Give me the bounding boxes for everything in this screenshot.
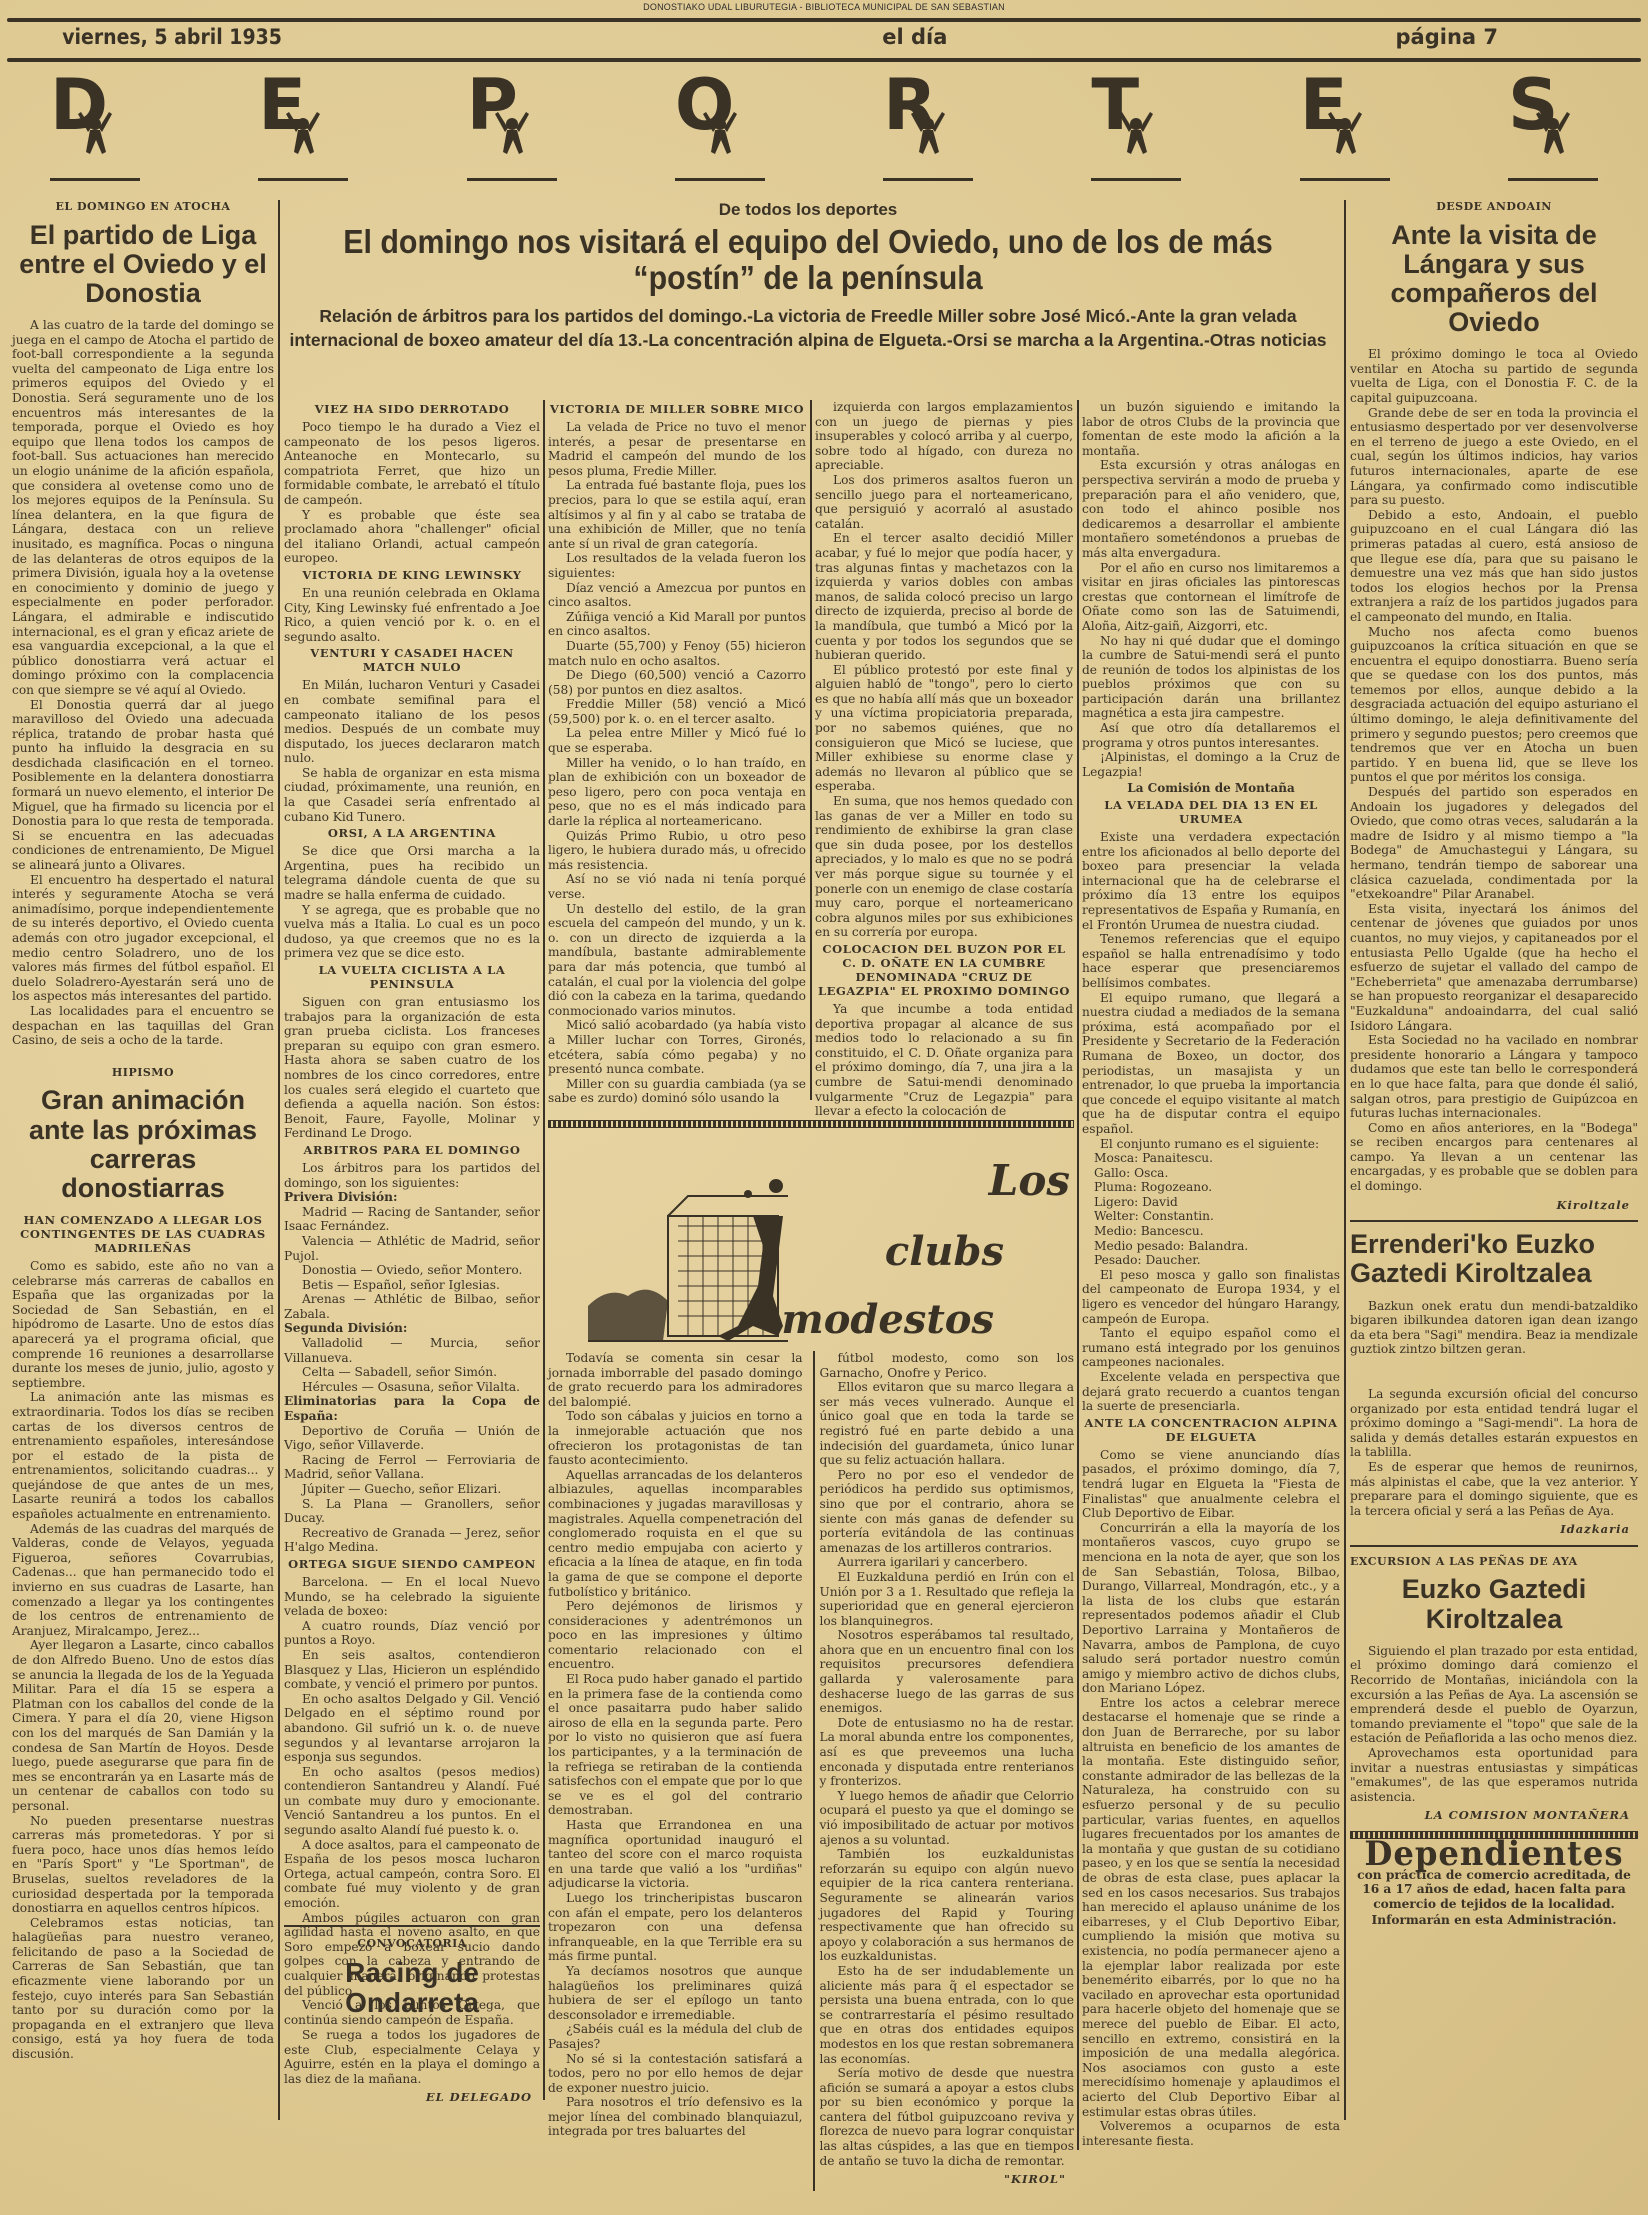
center-deck: Relación de árbitros para los partidos d… — [278, 304, 1338, 352]
convocatoria-kicker: CONVOCATORIA — [284, 1937, 540, 1952]
paragraph: S. La Plana — Granollers, señor Ducay. — [284, 1497, 540, 1526]
paragraph: Hércules — Osasuna, señor Vilalta. — [284, 1380, 540, 1395]
paragraph: Duarte (55,700) y Fenoy (55) hicieron ma… — [548, 639, 806, 668]
paragraph: De Diego (60,500) venció a Cazorro (58) … — [548, 668, 806, 697]
paragraph: Como en años anteriores, en la "Bodega" … — [1350, 1121, 1638, 1194]
right-kicker: DESDE ANDOAIN — [1350, 200, 1638, 215]
paragraph: Nosotros esperábamos tal resultado, ahor… — [820, 1628, 1075, 1716]
paragraph: Para nosotros el trío defensivo es la me… — [548, 2095, 803, 2139]
paragraph: Así que otro día detallaremos el program… — [1082, 721, 1340, 750]
paragraph: Díaz venció a Amezcua por puntos en cinc… — [548, 581, 806, 610]
left-column: EL DOMINGO EN ATOCHA El partido de Liga … — [12, 200, 274, 2062]
paragraph: Los resultados de la velada fueron los s… — [548, 551, 806, 580]
wavy-rule — [548, 1120, 1074, 1128]
paragraph: Celta — Sabadell, señor Simón. — [284, 1365, 540, 1380]
column-divider — [1344, 200, 1346, 2120]
section-subhead: VICTORIA DE MILLER SOBRE MICO — [548, 402, 806, 416]
paragraph: En ocho asaltos (pesos medios) contendie… — [284, 1765, 540, 1838]
paragraph: Luego los trincheripistas buscaron con a… — [548, 1891, 803, 1964]
paragraph: Esta excursión y otras análogas en persp… — [1082, 458, 1340, 560]
paragraph: izquierda con largos emplazamientos con … — [815, 400, 1073, 473]
paragraph: El público protestó por este final y alg… — [815, 663, 1073, 794]
paragraph: La pelea entre Miller y Micó fué lo que … — [548, 726, 806, 755]
paragraph: Barcelona. — En el local Nuevo Mundo, se… — [284, 1575, 540, 1619]
paragraph: Siguiendo el plan trazado por esta entid… — [1350, 1644, 1638, 1746]
section-subhead: VICTORIA DE KING LEWINSKY — [284, 568, 540, 582]
left-kicker: EL DOMINGO EN ATOCHA — [12, 200, 274, 215]
column-divider — [543, 400, 545, 2100]
paragraph: Júpiter — Guecho, señor Elizari. — [284, 1482, 540, 1497]
paragraph: Existe una verdadera expectación entre l… — [1082, 830, 1340, 932]
paragraph: Se dice que Orsi marcha a la Argentina, … — [284, 844, 540, 902]
paragraph: un buzón siguiendo e imitando la labor d… — [1082, 400, 1340, 458]
left-headline: El partido de Liga entre el Oviedo y el … — [12, 221, 274, 308]
center-headline: El domingo nos visitará el equipo del Ov… — [320, 224, 1295, 296]
paragraph: Pero dejémonos de lirismos y consideraci… — [548, 1599, 803, 1672]
hipismo-kicker: HIPISMO — [12, 1066, 274, 1081]
footballer-icon: D — [40, 66, 150, 184]
paragraph: El peso mosca y gallo son finalistas del… — [1082, 1268, 1340, 1326]
paragraph: Celebramos estas noticias, tan halagüeña… — [12, 1916, 274, 2062]
paragraph: Ya que incumbe a toda entidad deportiva … — [815, 1002, 1073, 1119]
center-kicker: De todos los deportes — [278, 200, 1338, 220]
library-credit: DONOSTIAKO UDAL LIBURUTEGIA - BIBLIOTECA… — [0, 2, 1648, 12]
right-column: DESDE ANDOAIN Ante la visita de Lángara … — [1350, 200, 1638, 1928]
excursion-signature: Idazkaria — [1358, 1522, 1630, 1537]
section-subhead: ORSI, A LA ARGENTINA — [284, 826, 540, 840]
paragraph: Ayer llegaron a Lasarte, cinco caballos … — [12, 1638, 274, 1813]
paragraph: Ellos evitaron que su marco llegara a se… — [820, 1380, 1075, 1468]
paragraph: En seis asaltos, contendieron Blasquez y… — [284, 1648, 540, 1692]
ad-headline: Dependientes — [1357, 1847, 1631, 1862]
section-signature: La Comisión de Montaña — [1082, 781, 1340, 796]
paragraph: Tenemos referencias que el equipo españo… — [1082, 932, 1340, 990]
paragraph: Ya decíamos nosotros que aunque halagüeñ… — [548, 1964, 803, 2022]
paragraph: El encuentro ha despertado el natural in… — [12, 873, 274, 1004]
banner-letter: E — [258, 70, 306, 140]
bold-label: Privera División: — [284, 1190, 540, 1205]
clubs-title-word-3: modestos — [781, 1296, 994, 1343]
paragraph: Miller con su guardia cambiada (ya se sa… — [548, 1077, 806, 1106]
section-subhead: LA VELADA DEL DIA 13 EN EL URUMEA — [1082, 798, 1340, 826]
paragraph: Valencia — Athlétic de Madrid, señor Puj… — [284, 1234, 540, 1263]
paragraph: Sería motivo de desde que nuestra afició… — [820, 2066, 1075, 2168]
section-subhead: COLOCACION DEL BUZON POR EL C. D. OÑATE … — [815, 942, 1073, 998]
paragraph: La segunda excursión oficial del concurs… — [1350, 1387, 1638, 1460]
aya-body: Siguiendo el plan trazado por esta entid… — [1350, 1644, 1638, 1805]
section-rule — [284, 1925, 540, 1927]
clubs-signature: "KIROL" — [828, 2172, 1067, 2187]
roster-item: Medio: Bancescu. — [1082, 1224, 1340, 1239]
paragraph: Aprovechamos esta oportunidad para invit… — [1350, 1746, 1638, 1804]
column-divider — [810, 400, 812, 1100]
paper-name: el día — [882, 25, 947, 49]
paragraph: Entre los actos a celebrar merece destac… — [1082, 1696, 1340, 2119]
paragraph: Los dos primeros asaltos fueron un senci… — [815, 473, 1073, 531]
right-headline: Ante la visita de Lángara y sus compañer… — [1350, 221, 1638, 338]
paragraph: Tanto el equipo español como el rumano e… — [1082, 1326, 1340, 1370]
paragraph: Racing de Ferrol — Ferroviaria de Madrid… — [284, 1453, 540, 1482]
mast-rule — [7, 58, 1641, 62]
paragraph: El Euzkalduna perdió en Irún con el Unió… — [820, 1570, 1075, 1628]
paragraph: ¡Alpinistas, el domingo a la Cruz de Leg… — [1082, 750, 1340, 779]
hipismo-headline: Gran animación ante las próximas carrera… — [12, 1086, 274, 1203]
paragraph: Valladolid — Murcia, señor Villanueva. — [284, 1336, 540, 1365]
paragraph: Aquellas arrancadas de los delanteros al… — [548, 1468, 803, 1599]
banner-letter: P — [467, 70, 518, 140]
paragraph: Se habla de organizar en esta misma ciud… — [284, 766, 540, 824]
bold-label: Eliminatorias para la Copa de España: — [284, 1394, 540, 1423]
paragraph: Como es sabido, este año no van a celebr… — [12, 1259, 274, 1390]
paragraph: Pero no por eso el vendedor de periódico… — [820, 1468, 1075, 1556]
clubs-title-word-1: Los — [989, 1156, 1070, 1205]
convocatoria-title: Racing de Ondarreta — [284, 1958, 540, 2018]
paragraph: Micó salió acobardado (ya había visto a … — [548, 1018, 806, 1076]
paragraph: El Donostia querrá dar al juego maravill… — [12, 698, 274, 873]
section-rule — [1350, 1545, 1638, 1547]
deportes-banner: DEPORTES — [10, 66, 1638, 184]
runner-dog-icon: R — [873, 66, 983, 184]
roster-item: Medio pesado: Balandra. — [1082, 1239, 1340, 1254]
section-rule — [1350, 1220, 1638, 1222]
paragraph: Por el año en curso nos limitaremos a vi… — [1082, 561, 1340, 634]
column-divider — [278, 200, 280, 2120]
goalkeeper-icon: S — [1498, 66, 1608, 184]
paragraph: Quizás Primo Rubio, u otro peso ligero, … — [548, 829, 806, 873]
paragraph: A las cuatro de la tarde del domingo se … — [12, 318, 274, 697]
paragraph: Miller ha venido, o lo han traído, en pl… — [548, 756, 806, 829]
paragraph: ¿Sabéis cuál es la médula del club de Pa… — [548, 2022, 803, 2051]
paragraph: Deportivo de Coruña — Unión de Vigo, señ… — [284, 1424, 540, 1453]
paragraph: El conjunto rumano es el siguiente: — [1082, 1137, 1340, 1152]
section-subhead: LA VUELTA CICLISTA A LA PENINSULA — [284, 963, 540, 991]
hipismo-body: Como es sabido, este año no van a celebr… — [12, 1259, 274, 2062]
center-header: De todos los deportes El domingo nos vis… — [278, 200, 1338, 352]
paragraph: Todavía se comenta sin cesar la jornada … — [548, 1351, 803, 1409]
paragraph: A cuatro rounds, Díaz venció por puntos … — [284, 1619, 540, 1648]
paragraph: Mucho nos afecta como buenos guipuzcoano… — [1350, 625, 1638, 786]
banner-letter: S — [1508, 70, 1558, 140]
clubs-column-1: Todavía se comenta sin cesar la jornada … — [548, 1351, 803, 2191]
section-subhead: ANTE LA CONCENTRACION ALPINA DE ELGUETA — [1082, 1416, 1340, 1444]
weightlifter-icon: E — [248, 66, 358, 184]
paragraph: Es de esperar que hemos de reunirnos, má… — [1350, 1460, 1638, 1518]
paragraph: Hasta que Errandonea en una magnífica op… — [548, 1818, 803, 1891]
paragraph: Y es probable que éste sea proclamado ah… — [284, 508, 540, 566]
right-article-body: El próximo domingo le toca al Oviedo ven… — [1350, 347, 1638, 1193]
paragraph: En Milán, lucharon Venturi y Casadei en … — [284, 678, 540, 766]
paragraph: El Roca pudo haber ganado el partido en … — [548, 1672, 803, 1818]
paragraph: Recreativo de Granada — Jerez, señor H'a… — [284, 1526, 540, 1555]
top-rule — [7, 18, 1641, 22]
paragraph: En suma, que nos hemos quedado con las g… — [815, 794, 1073, 940]
paragraph: Un destello del estilo, de la gran escue… — [548, 902, 806, 1019]
clubs-column-2: fútbol modesto, como son los Garnacho, O… — [813, 1351, 1075, 2191]
paragraph: Esta visita, inyectará los ánimos del ce… — [1350, 902, 1638, 1033]
paragraph: En el tercer asalto decidió Miller acaba… — [815, 531, 1073, 662]
tennis-player-icon: T — [1081, 66, 1191, 184]
aya-headline: Euzko Gaztedi Kiroltzalea — [1350, 1575, 1638, 1633]
paragraph: La animación ante las mismas es extraord… — [12, 1390, 274, 1521]
section-subhead: VENTURI Y CASADEI HACEN MATCH NULO — [284, 646, 540, 674]
center-column-3: izquierda con largos emplazamientos con … — [815, 400, 1073, 1119]
clubs-header: Los clubs modestos — [548, 1136, 1074, 1351]
paragraph: En una reunión celebrada en Oklama City,… — [284, 586, 540, 644]
paragraph: Esto ha de ser indudablemente un alicien… — [820, 1964, 1075, 2066]
climber-icon: P — [457, 66, 567, 184]
paragraph: Volveremos a ocuparnos de esta interesan… — [1082, 2119, 1340, 2148]
paragraph: Todo son cábalas y juicios en torno a la… — [548, 1409, 803, 1467]
paragraph: No pueden presentarse nuestras carreras … — [12, 1814, 274, 1916]
paragraph: Siguen con gran entusiasmo los trabajos … — [284, 995, 540, 1141]
column-divider — [1077, 400, 1079, 2150]
paragraph: Después del partido son esperados en And… — [1350, 785, 1638, 902]
paragraph: Freddie Miller (58) venció a Micó (59,50… — [548, 697, 806, 726]
masthead: viernes, 5 abril 1935 el día página 7 — [50, 25, 1498, 49]
banner-letter: T — [1091, 70, 1139, 140]
section-subhead: ORTEGA SIGUE SIENDO CAMPEON — [284, 1557, 540, 1571]
center-column-4: un buzón siguiendo e imitando la labor d… — [1082, 400, 1340, 2148]
issue-date: viernes, 5 abril 1935 — [62, 25, 282, 49]
paragraph: El equipo rumano, que llegará a nuestra … — [1082, 991, 1340, 1137]
roster-item: Pluma: Rogozeano. — [1082, 1180, 1340, 1195]
errenderi-body: Bazkun onek eratu dun mendi-batzaldiko b… — [1350, 1299, 1638, 1357]
page-number: página 7 — [1396, 25, 1498, 49]
paragraph: La entrada fué bastante floja, pues los … — [548, 478, 806, 551]
paragraph: Madrid — Racing de Santander, señor Isaa… — [284, 1205, 540, 1234]
convocatoria-body: Se ruega a todos los jugadores de este C… — [284, 2028, 540, 2086]
paragraph: Excelente velada en perspectiva que deja… — [1082, 1370, 1340, 1414]
clubs-title-word-2: clubs — [885, 1228, 1004, 1275]
banner-letter: R — [883, 70, 937, 140]
left-article-body: A las cuatro de la tarde del domingo se … — [12, 318, 274, 1048]
clubs-modestos-section: Los clubs modestos Todavía se comenta si… — [548, 1112, 1074, 2191]
paragraph: Concurrirán a ella la mayoría de los mon… — [1082, 1521, 1340, 1696]
paragraph: Además de las cuadras del marqués de Val… — [12, 1522, 274, 1639]
paragraph: Esta Sociedad no ha vacilado en nombrar … — [1350, 1033, 1638, 1121]
paragraph: Como se viene anunciando días pasados, e… — [1082, 1448, 1340, 1521]
paragraph: A doce asaltos, para el campeonato de Es… — [284, 1838, 540, 1911]
paragraph: También los euzkaldunistas reforzarán su… — [820, 1847, 1075, 1964]
paragraph: Y se agrega, que es probable que no vuel… — [284, 903, 540, 961]
hipismo-subhead: HAN COMENZADO A LLEGAR LOS CONTINGENTES … — [12, 1213, 274, 1255]
excursion-body: La segunda excursión oficial del concurs… — [1350, 1387, 1638, 1518]
paragraph: No hay ni qué dudar que el domingo la cu… — [1082, 634, 1340, 722]
ad-footer: Informarán en esta Administración. — [1350, 1913, 1638, 1928]
paragraph: Donostia — Oviedo, señor Montero. — [284, 1263, 540, 1278]
convocatoria-box: CONVOCATORIA Racing de Ondarreta Se rueg… — [284, 1925, 540, 2109]
paragraph: Aurrera igarilari y cancerbero. — [820, 1555, 1075, 1570]
section-subhead: VIEZ HA SIDO DERROTADO — [284, 402, 540, 416]
sprinter-icon: E — [1290, 66, 1400, 184]
paragraph: Los árbitros para los partidos del domin… — [284, 1161, 540, 1190]
paragraph: En ocho asaltos Delgado y Gil. Venció De… — [284, 1692, 540, 1765]
paragraph: Las localidades para el encuentro se des… — [12, 1004, 274, 1048]
section-subhead: ARBITROS PARA EL DOMINGO — [284, 1143, 540, 1157]
banner-letter: O — [675, 70, 735, 140]
roster-item: Pesado: Daucher. — [1082, 1253, 1340, 1268]
roster-item: Mosca: Panaitescu. — [1082, 1151, 1340, 1166]
paragraph: No sé si la contestación satisfará a tod… — [548, 2052, 803, 2096]
aya-kicker: EXCURSION A LAS PEÑAS DE AYA — [1350, 1555, 1638, 1570]
banner-letter: E — [1300, 70, 1348, 140]
paragraph: Poco tiempo le ha durado a Viez el campe… — [284, 420, 540, 508]
errenderi-headline: Errenderi'ko Euzko Gaztedi Kiroltzalea — [1350, 1230, 1638, 1288]
aya-signature: LA COMISION MONTAÑERA — [1358, 1808, 1630, 1823]
roster-item: Gallo: Osca. — [1082, 1166, 1340, 1181]
roster-item: Ligero: David — [1082, 1195, 1340, 1210]
paragraph: Betis — Español, señor Iglesias. — [284, 1278, 540, 1293]
bold-label: Segunda División: — [284, 1321, 540, 1336]
paragraph: Zúñiga venció a Kid Marall por puntos en… — [548, 610, 806, 639]
roster-item: Welter: Constantin. — [1082, 1209, 1340, 1224]
ad-body: con práctica de comercio acreditada, de … — [1350, 1868, 1638, 1912]
paragraph: El próximo domingo le toca al Oviedo ven… — [1350, 347, 1638, 405]
center-column-2: VICTORIA DE MILLER SOBRE MICOLa velada d… — [548, 400, 806, 1106]
right-signature: Kiroltzale — [1358, 1198, 1630, 1213]
paragraph: Dote de entusiasmo no ha de restar. La m… — [820, 1716, 1075, 1789]
center-column-1: VIEZ HA SIDO DERROTADOPoco tiempo le ha … — [284, 400, 540, 2027]
paragraph: Y luego hemos de añadir que Celorrio ocu… — [820, 1789, 1075, 1847]
paragraph: Debido a esto, Andoain, el pueblo guipuz… — [1350, 508, 1638, 625]
paragraph: Arenas — Athlétic de Bilbao, señor Zabal… — [284, 1292, 540, 1321]
banner-letter: D — [50, 70, 108, 140]
paragraph: La velada de Price no tuvo el menor inte… — [548, 420, 806, 478]
paragraph: Grande debe de ser en toda la provincia … — [1350, 406, 1638, 508]
paragraph: Así no se vió nada ni tenía porqué verse… — [548, 872, 806, 901]
athlete-car-icon: O — [665, 66, 775, 184]
clubs-body: Todavía se comenta sin cesar la jornada … — [548, 1351, 1074, 2191]
paragraph: fútbol modesto, como son los Garnacho, O… — [820, 1351, 1075, 1380]
convocatoria-signature: EL DELEGADO — [292, 2090, 532, 2105]
goalkeeper-illustration-icon — [588, 1176, 788, 1346]
